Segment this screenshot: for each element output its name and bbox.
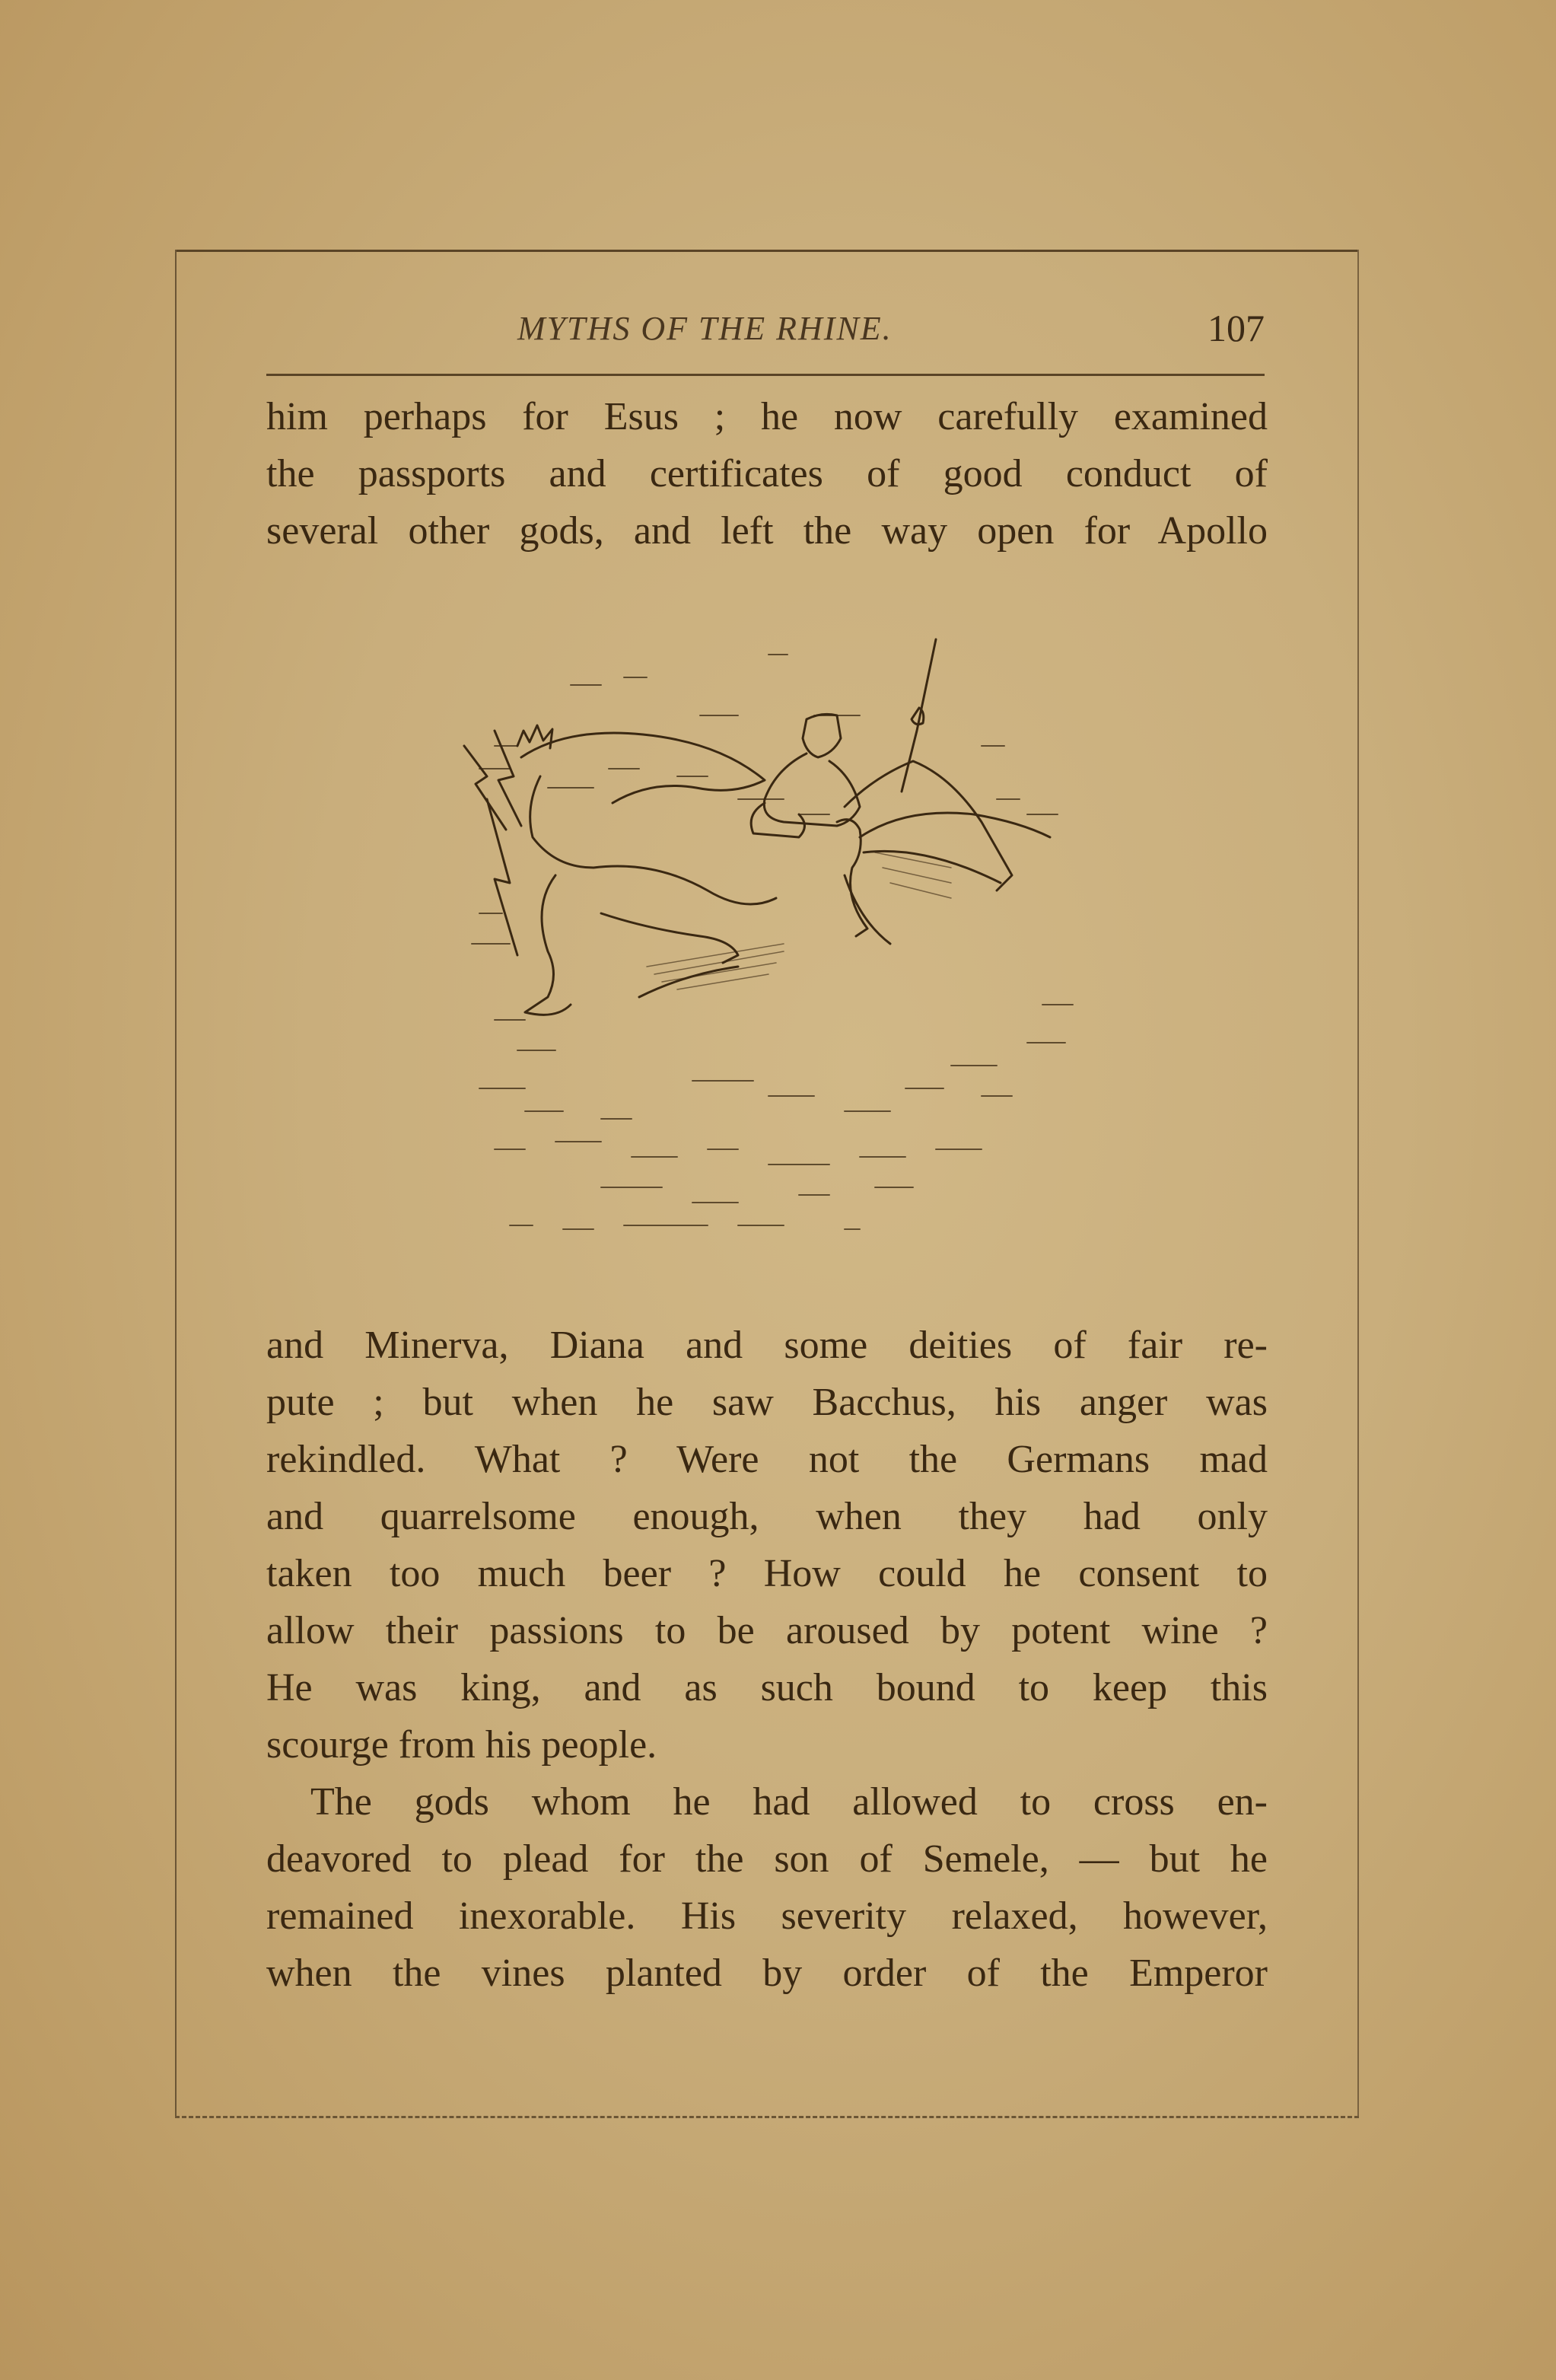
text-line: pute ; but when he saw Bacchus, his ange…	[266, 1374, 1268, 1431]
hatching-shade-icon	[647, 852, 951, 989]
text-line: remained inexorable. His severity relaxe…	[266, 1888, 1268, 1945]
text-line: rekindled. What ? Were not the Germans m…	[266, 1431, 1268, 1488]
page-frame-bottom-rule	[175, 2116, 1359, 2118]
running-head: MYTHS OF THE RHINE. 107	[266, 306, 1265, 359]
text-line: and quarrelsome enough, when they had on…	[266, 1488, 1268, 1545]
text-line: scourge from his people.	[266, 1716, 1268, 1773]
text-line: allow their passions to be aroused by po…	[266, 1602, 1268, 1659]
text-line: deavored to plead for the son of Semele,…	[266, 1830, 1268, 1888]
text-line: when the vines planted by order of the E…	[266, 1945, 1268, 2002]
cloud-strokes-icon	[472, 655, 1073, 1229]
text-line: and Minerva, Diana and some deities of f…	[266, 1317, 1268, 1374]
text-line: taken too much beer ? How could he conse…	[266, 1545, 1268, 1602]
paragraph-after-illustration: and Minerva, Diana and some deities of f…	[266, 1317, 1268, 2002]
page-number: 107	[1208, 306, 1265, 350]
engraving-illustration	[449, 624, 1088, 1256]
text-line: The gods whom he had allowed to cross en…	[266, 1773, 1268, 1830]
eagle-figure-icon	[837, 813, 1050, 944]
text-line: He was king, and as such bound to keep t…	[266, 1659, 1268, 1716]
river-god-figure-icon	[751, 639, 1012, 891]
header-rule	[266, 374, 1265, 376]
text-line: several other gods, and left the way ope…	[266, 502, 1268, 559]
text-line: the passports and certificates of good c…	[266, 445, 1268, 502]
text-line: him perhaps for Esus ; he now carefully …	[266, 388, 1268, 445]
paragraph-before-illustration: him perhaps for Esus ; he now carefully …	[266, 388, 1268, 559]
running-title: MYTHS OF THE RHINE.	[517, 309, 893, 348]
